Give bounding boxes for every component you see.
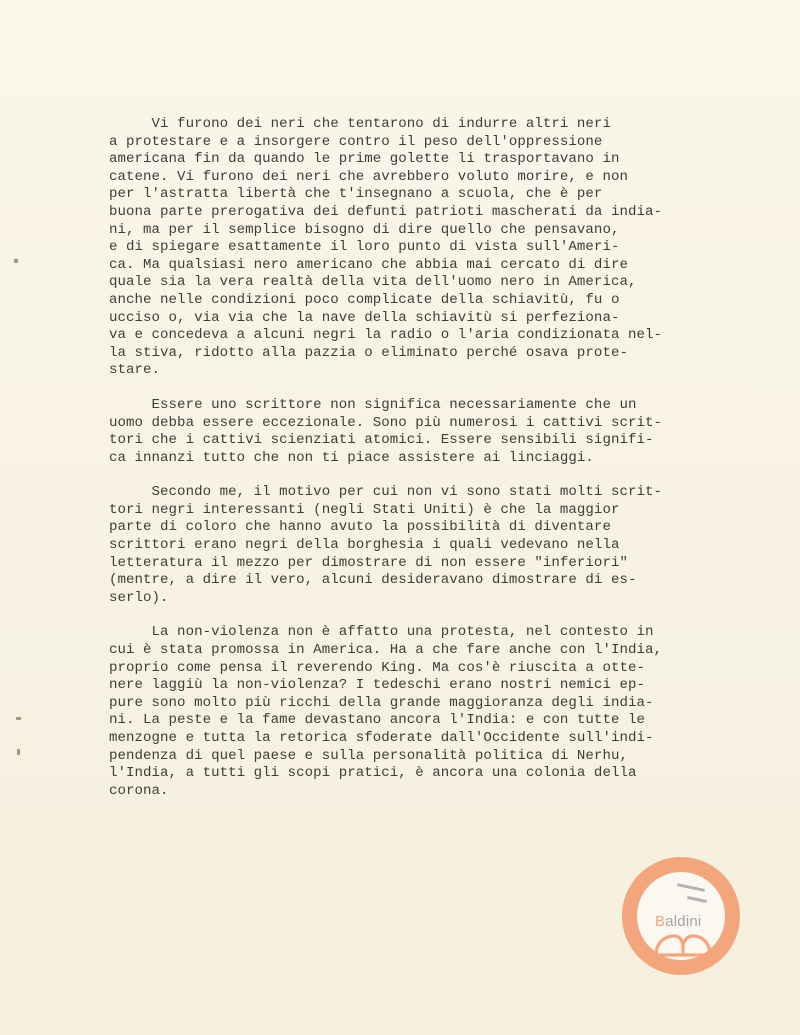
text-line: pure sono molto più ricchi della grande … (109, 695, 729, 713)
baldini-logo: Baldini (622, 857, 740, 975)
text-line: catene. Vi furono dei neri che avrebbero… (109, 169, 729, 187)
paragraph: Vi furono dei neri che tentarono di indu… (109, 116, 729, 380)
text-line: quale sia la vera realtà della vita dell… (109, 274, 729, 292)
text-line: buona parte prerogativa dei defunti patr… (109, 204, 729, 222)
text-line: ni, ma per il semplice bisogno di dire q… (109, 222, 729, 240)
paragraph: Essere uno scrittore non significa neces… (109, 397, 729, 467)
text-line: pendenza di quel paese e sulla personali… (109, 748, 729, 766)
logo-tagline-line (687, 896, 707, 903)
text-line: serlo). (109, 590, 729, 608)
logo-name: Baldini (655, 913, 701, 930)
text-line: anche nelle condizioni poco complicate d… (109, 292, 729, 310)
text-line: ucciso o, via via che la nave della schi… (109, 310, 729, 328)
text-line: uomo debba essere eccezionale. Sono più … (109, 415, 729, 433)
text-line: scrittori erano negri della borghesia i … (109, 537, 729, 555)
text-line: parte di coloro che hanno avuto la possi… (109, 519, 729, 537)
text-line: stare. (109, 362, 729, 380)
text-line: menzogne e tutta la retorica sfoderate d… (109, 730, 729, 748)
text-line: l'India, a tutti gli scopi pratici, è an… (109, 765, 729, 783)
text-line: va e concedeva a alcuni negri la radio o… (109, 327, 729, 345)
text-line: a protestare e a insorgere contro il pes… (109, 134, 729, 152)
text-line: La non-violenza non è affatto una protes… (109, 624, 729, 642)
margin-mark (16, 717, 21, 720)
open-book-icon (653, 930, 713, 958)
margin-mark (14, 259, 18, 263)
text-line: letteratura il mezzo per dimostrare di n… (109, 555, 729, 573)
text-line: cui è stata promossa in America. Ha a ch… (109, 642, 729, 660)
paragraph: Secondo me, il motivo per cui non vi son… (109, 484, 729, 607)
typewritten-text: Vi furono dei neri che tentarono di indu… (109, 116, 729, 800)
text-line: Vi furono dei neri che tentarono di indu… (109, 116, 729, 134)
text-line: (mentre, a dire il vero, alcuni desidera… (109, 572, 729, 590)
logo-tagline-line (677, 883, 705, 892)
text-line: tori negri interessanti (negli Stati Uni… (109, 502, 729, 520)
text-line: per l'astratta libertà che t'insegnano a… (109, 186, 729, 204)
text-line: nere laggiù la non-violenza? I tedeschi … (109, 677, 729, 695)
text-line: Secondo me, il motivo per cui non vi son… (109, 484, 729, 502)
text-line: e di spiegare esattamente il loro punto … (109, 239, 729, 257)
margin-mark (17, 749, 20, 755)
text-line: americana fin da quando le prime golette… (109, 151, 729, 169)
text-line: corona. (109, 783, 729, 801)
text-line: tori che i cattivi scienziati atomici. E… (109, 432, 729, 450)
text-line: Essere uno scrittore non significa neces… (109, 397, 729, 415)
document-page: Vi furono dei neri che tentarono di indu… (0, 0, 800, 1035)
paragraph: La non-violenza non è affatto una protes… (109, 624, 729, 800)
text-line: ca innanzi tutto che non ti piace assist… (109, 450, 729, 468)
text-line: la stiva, ridotto alla pazzia o eliminat… (109, 345, 729, 363)
text-line: proprio come pensa il reverendo King. Ma… (109, 660, 729, 678)
text-line: ni. La peste e la fame devastano ancora … (109, 712, 729, 730)
text-line: ca. Ma qualsiasi nero americano che abbi… (109, 257, 729, 275)
